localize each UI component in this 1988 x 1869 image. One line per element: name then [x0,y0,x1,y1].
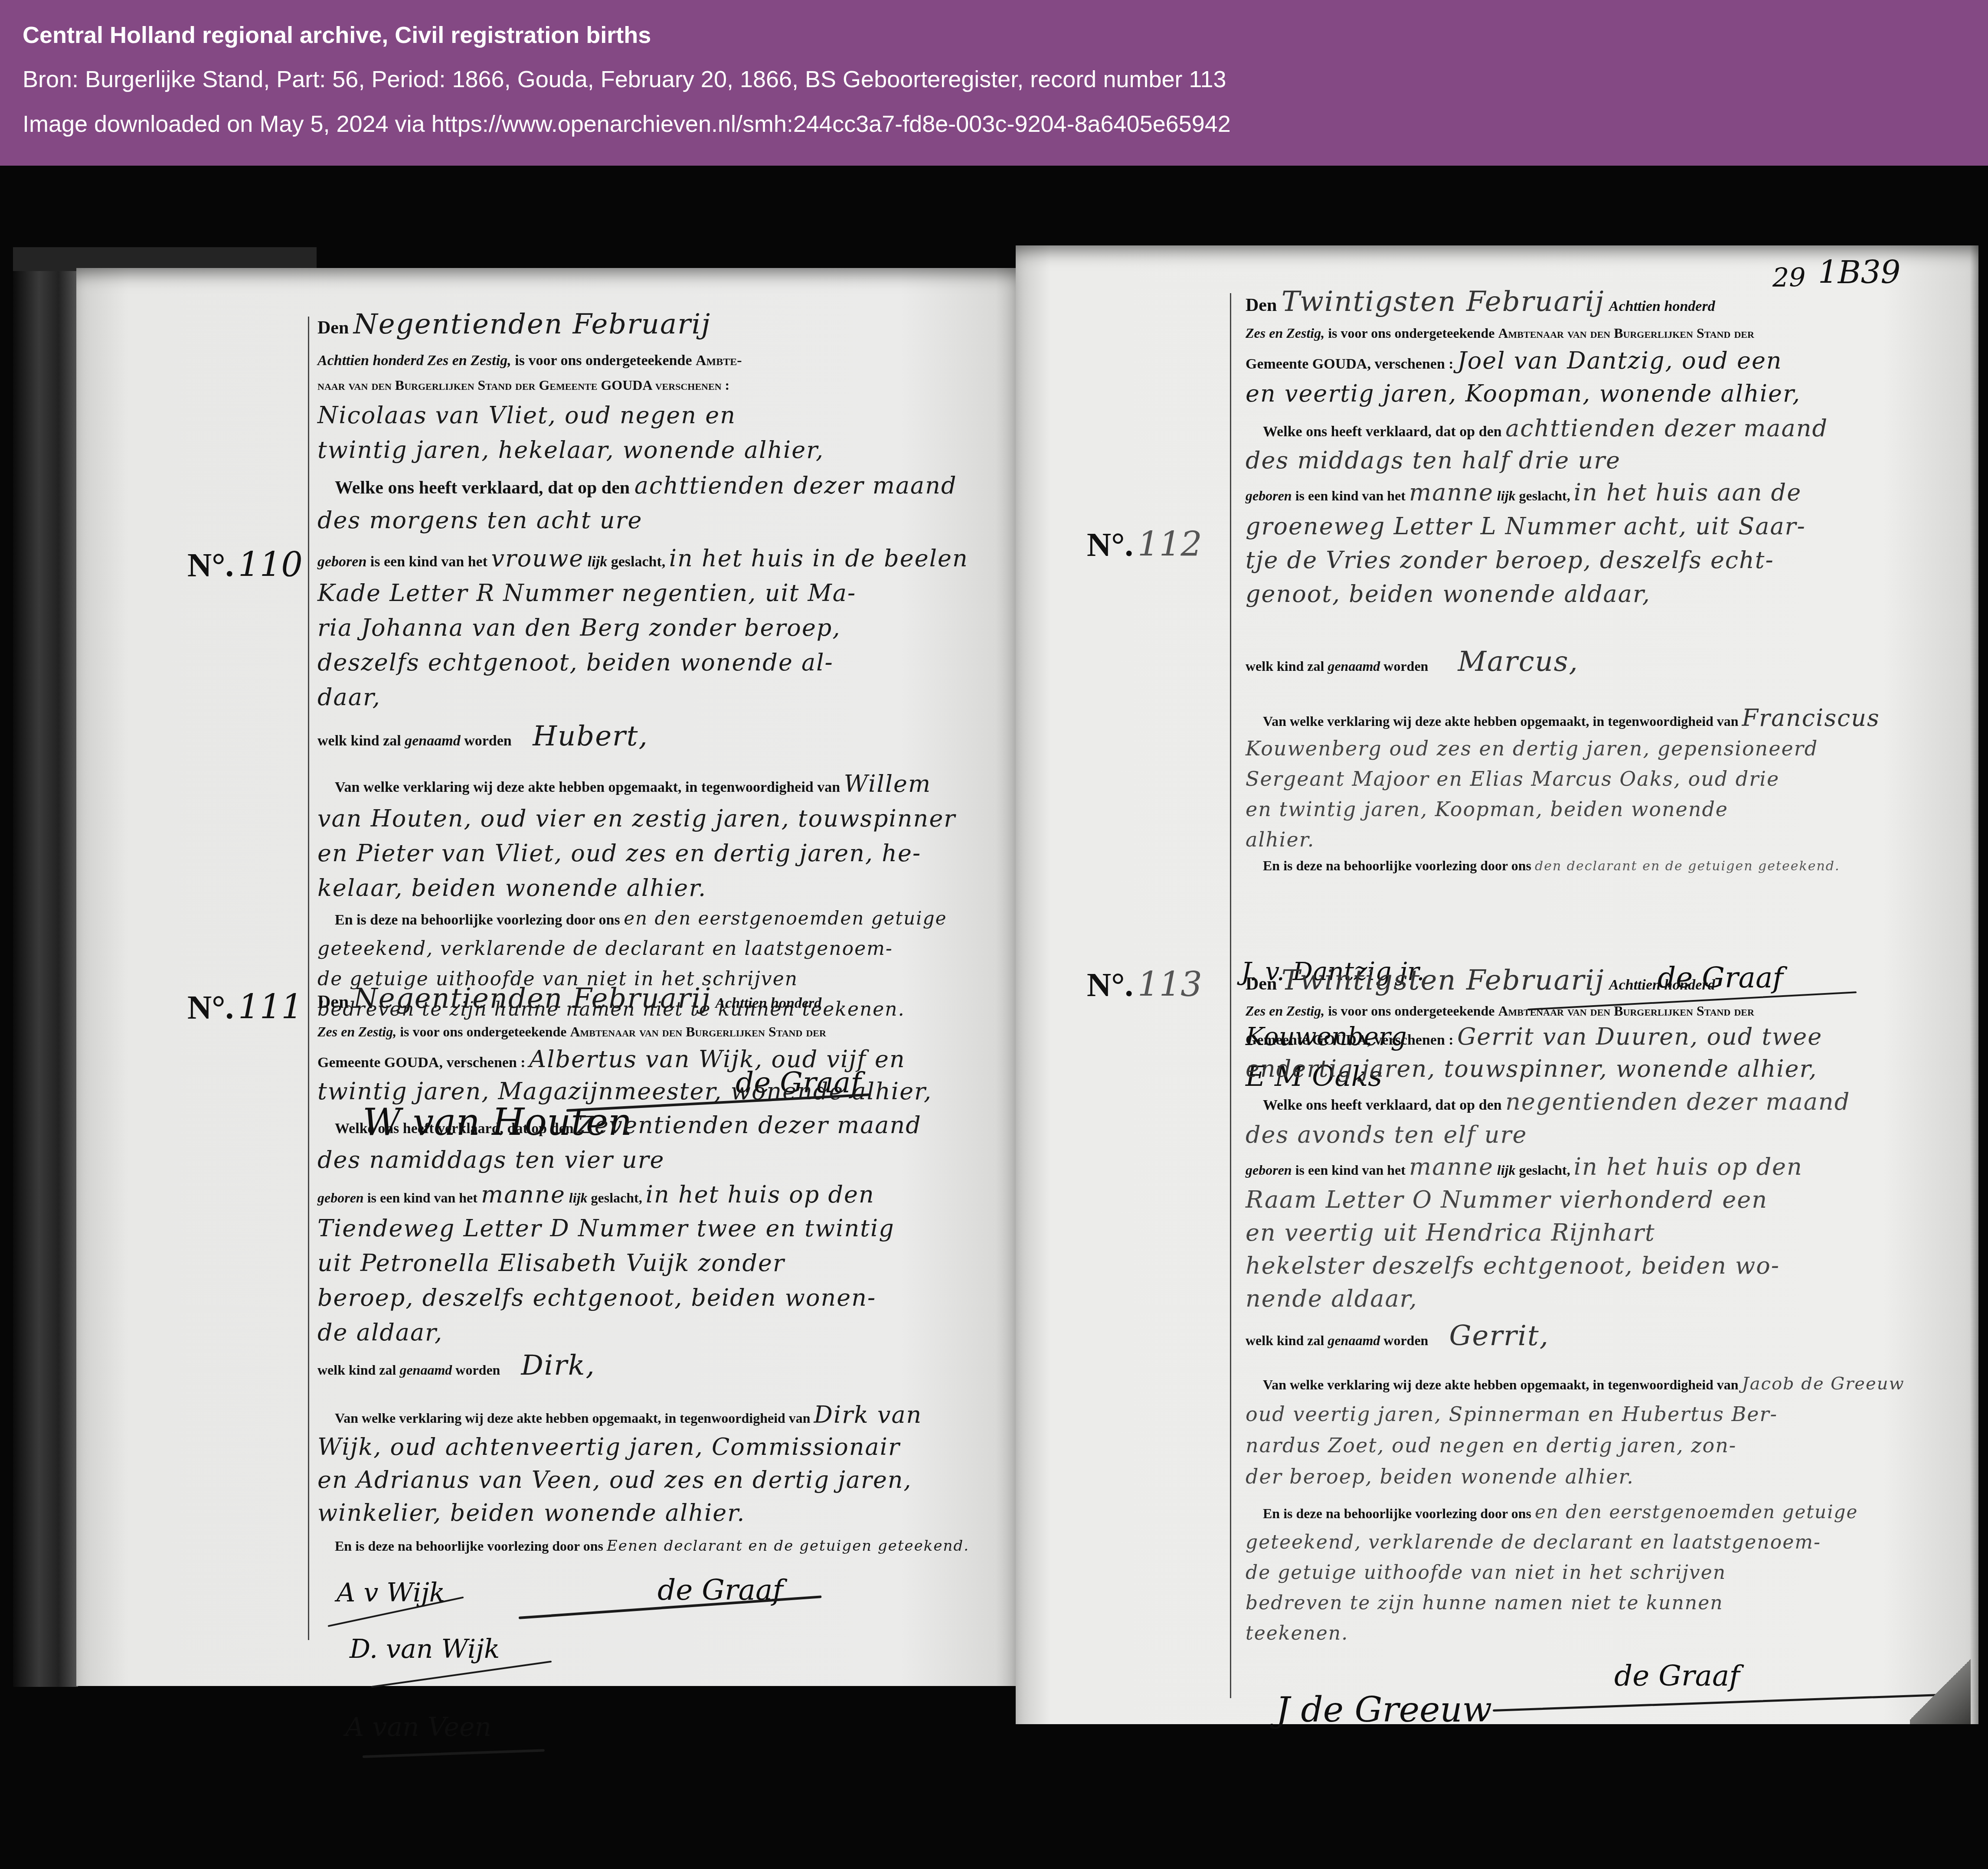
signature-flourish [371,1661,552,1688]
book-edge-top-left [13,247,317,271]
signature-witness-111-b: D. van Wijk [350,1634,500,1664]
register-page-left: N°.110 Den Negentienden Februarij Achtti… [76,268,1016,1686]
signature-witness-111-c: A van Veen [345,1712,491,1742]
record-number-111: N°.111 [187,988,303,1027]
download-line: Image downloaded on May 5, 2024 via http… [23,111,1231,137]
archive-header: Central Holland regional archive, Civil … [0,0,1988,166]
margin-rule [1230,293,1231,1698]
archive-title: Central Holland regional archive, Civil … [23,22,651,49]
folio-mark: 1B39 [1818,254,1900,291]
source-line: Bron: Burgerlijke Stand, Part: 56, Perio… [23,66,1226,93]
signature-witness-113: J de Greeuw [1276,1689,1492,1730]
signature-official-113: de Graaf [1614,1659,1740,1693]
register-page-right: 29 1B39 N°.112 Den Twintigsten Februarij… [1016,245,1978,1724]
book-edge-left [13,269,78,1687]
margin-rule [308,317,309,1640]
signature-flourish [1493,1693,1970,1712]
folded-page-corner [1910,1655,1971,1724]
record-number-112: N°.112 [1087,525,1202,564]
page-number: 29 [1772,263,1805,293]
record-number-113: N°.113 [1087,965,1202,1004]
record-number-110: N°.110 [187,546,303,585]
